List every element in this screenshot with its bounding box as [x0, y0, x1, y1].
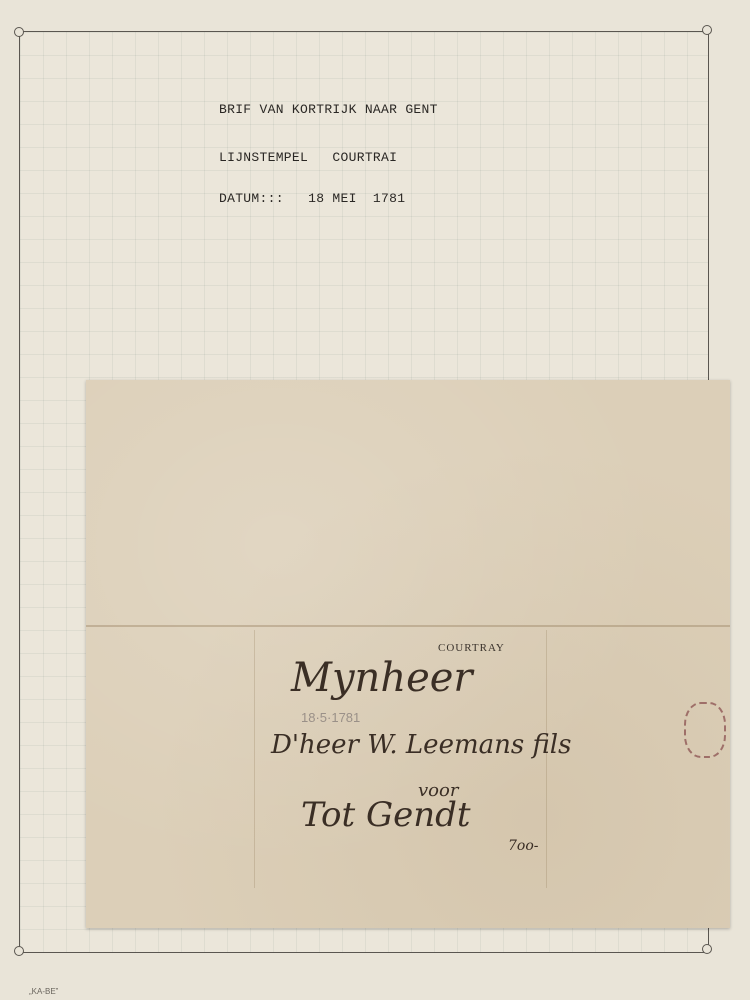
album-brand-label: „KA-BE” — [29, 987, 58, 996]
fold-line — [86, 625, 730, 627]
address-recipient: D'heer W. Leemans fils — [271, 730, 571, 760]
header-line-stamp: LIJNSTEMPEL COURTRAI — [219, 150, 397, 165]
frame-corner — [14, 27, 24, 37]
frame-corner — [14, 946, 24, 956]
address-salutation: Mynheer — [291, 655, 473, 701]
postmark-courtray: COURTRAY — [438, 642, 505, 654]
folded-letter: COURTRAY 18·5·1781 Mynheer D'heer W. Lee… — [86, 380, 730, 928]
rate-mark: 7oo- — [508, 838, 539, 854]
pencil-date: 18·5·1781 — [301, 710, 360, 725]
fold-line — [254, 630, 255, 888]
frame-corner — [702, 25, 712, 35]
frame-corner — [702, 944, 712, 954]
header-line-date: DATUM::: 18 MEI 1781 — [219, 191, 405, 206]
address-destination: Tot Gendt — [301, 795, 471, 835]
header-line-title: BRIF VAN KORTRIJK NAAR GENT — [219, 102, 438, 117]
wax-seal-remnant — [684, 702, 726, 758]
